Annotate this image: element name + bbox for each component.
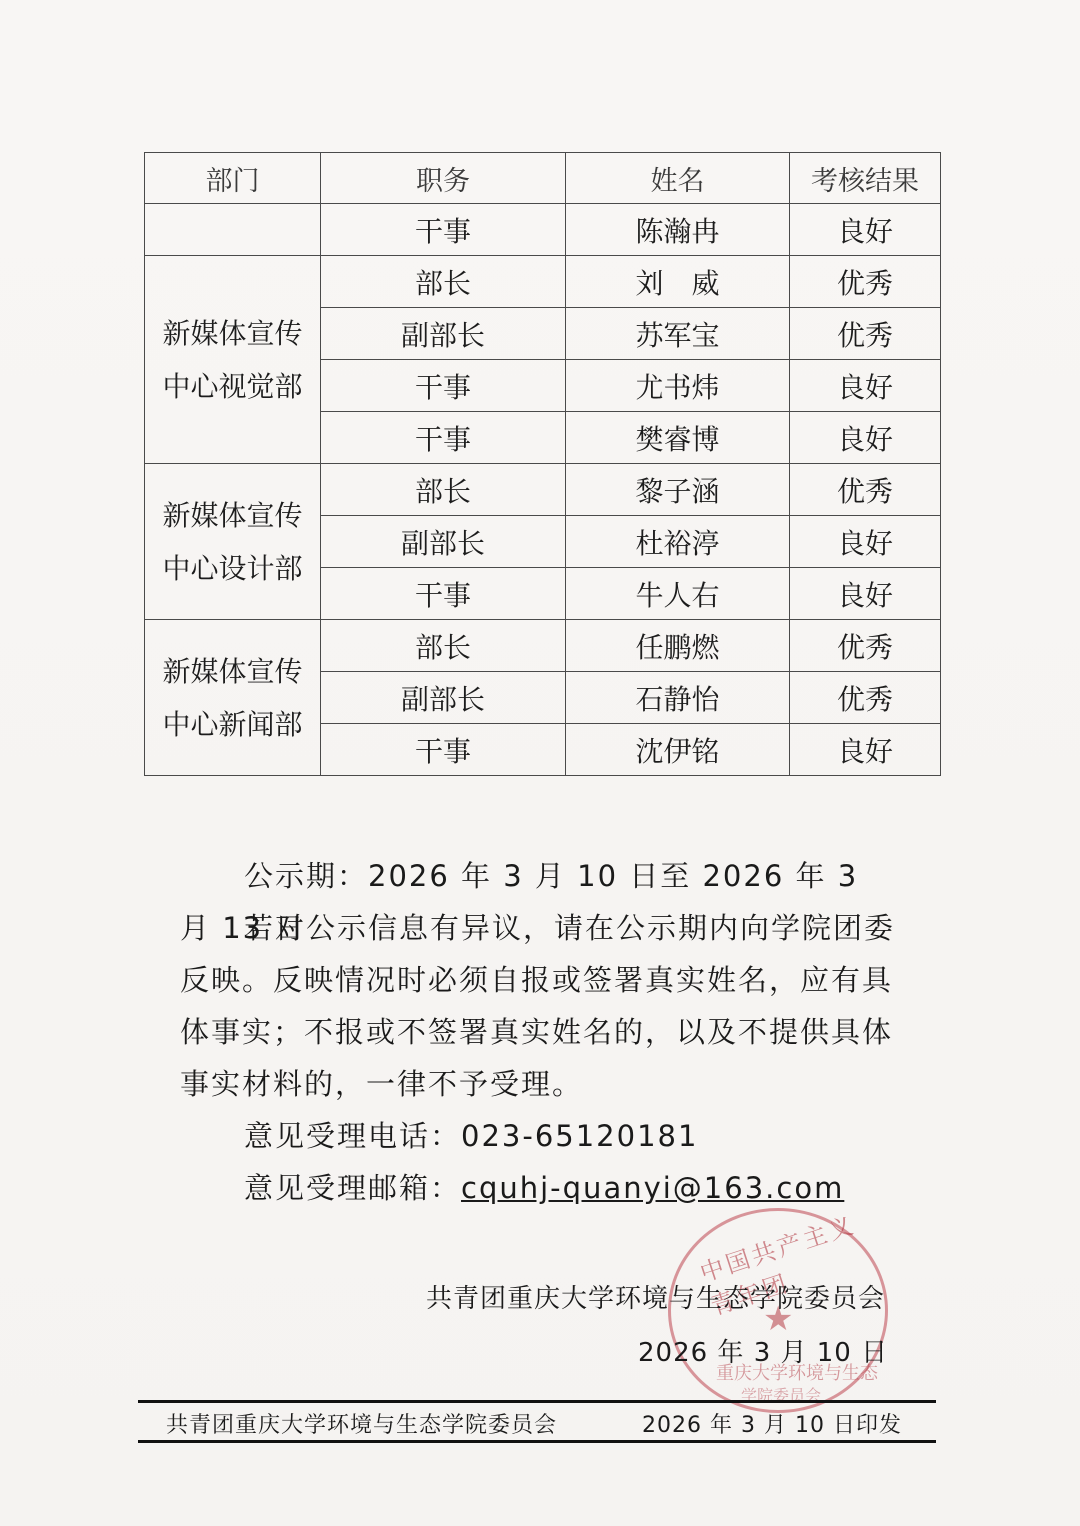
position-cell: 副部长	[321, 308, 566, 360]
department-cell-visual: 新媒体宣传 中心视觉部	[145, 256, 321, 464]
email-link[interactable]: cquhj-quanyi@163.com	[461, 1171, 844, 1205]
assessment-table: 部门 职务 姓名 考核结果 干事 陈瀚冉 良好 新媒体宣传 中心视觉部 部长 刘…	[144, 152, 941, 776]
notice-phone: 意见受理电话：023-65120181	[180, 1110, 900, 1162]
notice-objection: 若对公示信息有异议，请在公示期内向学院团委反映。反映情况时必须自报或签署真实姓名…	[180, 902, 900, 1110]
department-line: 中心新闻部	[145, 698, 320, 751]
header-department: 部门	[145, 153, 321, 204]
footer-issued: 2026 年 3 月 10 日印发	[642, 1408, 902, 1439]
result-cell: 优秀	[790, 672, 941, 724]
header-position: 职务	[321, 153, 566, 204]
position-cell: 副部长	[321, 516, 566, 568]
position-cell: 副部长	[321, 672, 566, 724]
result-cell: 良好	[790, 412, 941, 464]
name-cell: 石静怡	[566, 672, 790, 724]
header-result: 考核结果	[790, 153, 941, 204]
email-label: 意见受理邮箱：	[244, 1171, 461, 1205]
department-line: 新媒体宣传	[145, 645, 320, 698]
signature-date: 2026 年 3 月 10 日	[638, 1332, 888, 1369]
name-cell: 杜裕渟	[566, 516, 790, 568]
result-cell: 优秀	[790, 464, 941, 516]
name-cell: 沈伊铭	[566, 724, 790, 776]
table-row: 新媒体宣传 中心设计部 部长 黎子涵 优秀	[145, 464, 941, 516]
position-cell: 干事	[321, 724, 566, 776]
result-cell: 优秀	[790, 308, 941, 360]
name-cell: 黎子涵	[566, 464, 790, 516]
department-line: 新媒体宣传	[145, 489, 320, 542]
footer-org: 共青团重庆大学环境与生态学院委员会	[166, 1408, 557, 1439]
table-row: 新媒体宣传 中心视觉部 部长 刘 威 优秀	[145, 256, 941, 308]
signature-org: 共青团重庆大学环境与生态学院委员会	[426, 1278, 885, 1315]
position-cell: 干事	[321, 360, 566, 412]
department-cell-news: 新媒体宣传 中心新闻部	[145, 620, 321, 776]
name-cell: 陈瀚冉	[566, 204, 790, 256]
notice-email: 意见受理邮箱：cquhj-quanyi@163.com	[180, 1162, 900, 1214]
position-cell: 干事	[321, 204, 566, 256]
position-cell: 干事	[321, 568, 566, 620]
department-line: 中心视觉部	[145, 360, 320, 413]
document-page: 部门 职务 姓名 考核结果 干事 陈瀚冉 良好 新媒体宣传 中心视觉部 部长 刘…	[0, 0, 1080, 1526]
position-cell: 部长	[321, 464, 566, 516]
footer-bottom-rule	[138, 1440, 936, 1443]
name-cell: 樊睿博	[566, 412, 790, 464]
position-cell: 干事	[321, 412, 566, 464]
header-name: 姓名	[566, 153, 790, 204]
name-cell: 刘 威	[566, 256, 790, 308]
result-cell: 良好	[790, 568, 941, 620]
table-row: 新媒体宣传 中心新闻部 部长 任鹏燃 优秀	[145, 620, 941, 672]
name-cell: 尤书炜	[566, 360, 790, 412]
position-cell: 部长	[321, 620, 566, 672]
result-cell: 良好	[790, 204, 941, 256]
table-row: 干事 陈瀚冉 良好	[145, 204, 941, 256]
department-line: 新媒体宣传	[145, 307, 320, 360]
department-cell-design: 新媒体宣传 中心设计部	[145, 464, 321, 620]
footer-top-rule	[138, 1400, 936, 1403]
position-cell: 部长	[321, 256, 566, 308]
department-line: 中心设计部	[145, 542, 320, 595]
phone-number: 023-65120181	[461, 1119, 698, 1153]
result-cell: 良好	[790, 516, 941, 568]
table-header-row: 部门 职务 姓名 考核结果	[145, 153, 941, 204]
result-cell: 优秀	[790, 256, 941, 308]
phone-label: 意见受理电话：	[244, 1119, 461, 1153]
name-cell: 苏军宝	[566, 308, 790, 360]
department-cell	[145, 204, 321, 256]
result-cell: 优秀	[790, 620, 941, 672]
result-cell: 良好	[790, 724, 941, 776]
name-cell: 任鹏燃	[566, 620, 790, 672]
result-cell: 良好	[790, 360, 941, 412]
name-cell: 牛人右	[566, 568, 790, 620]
